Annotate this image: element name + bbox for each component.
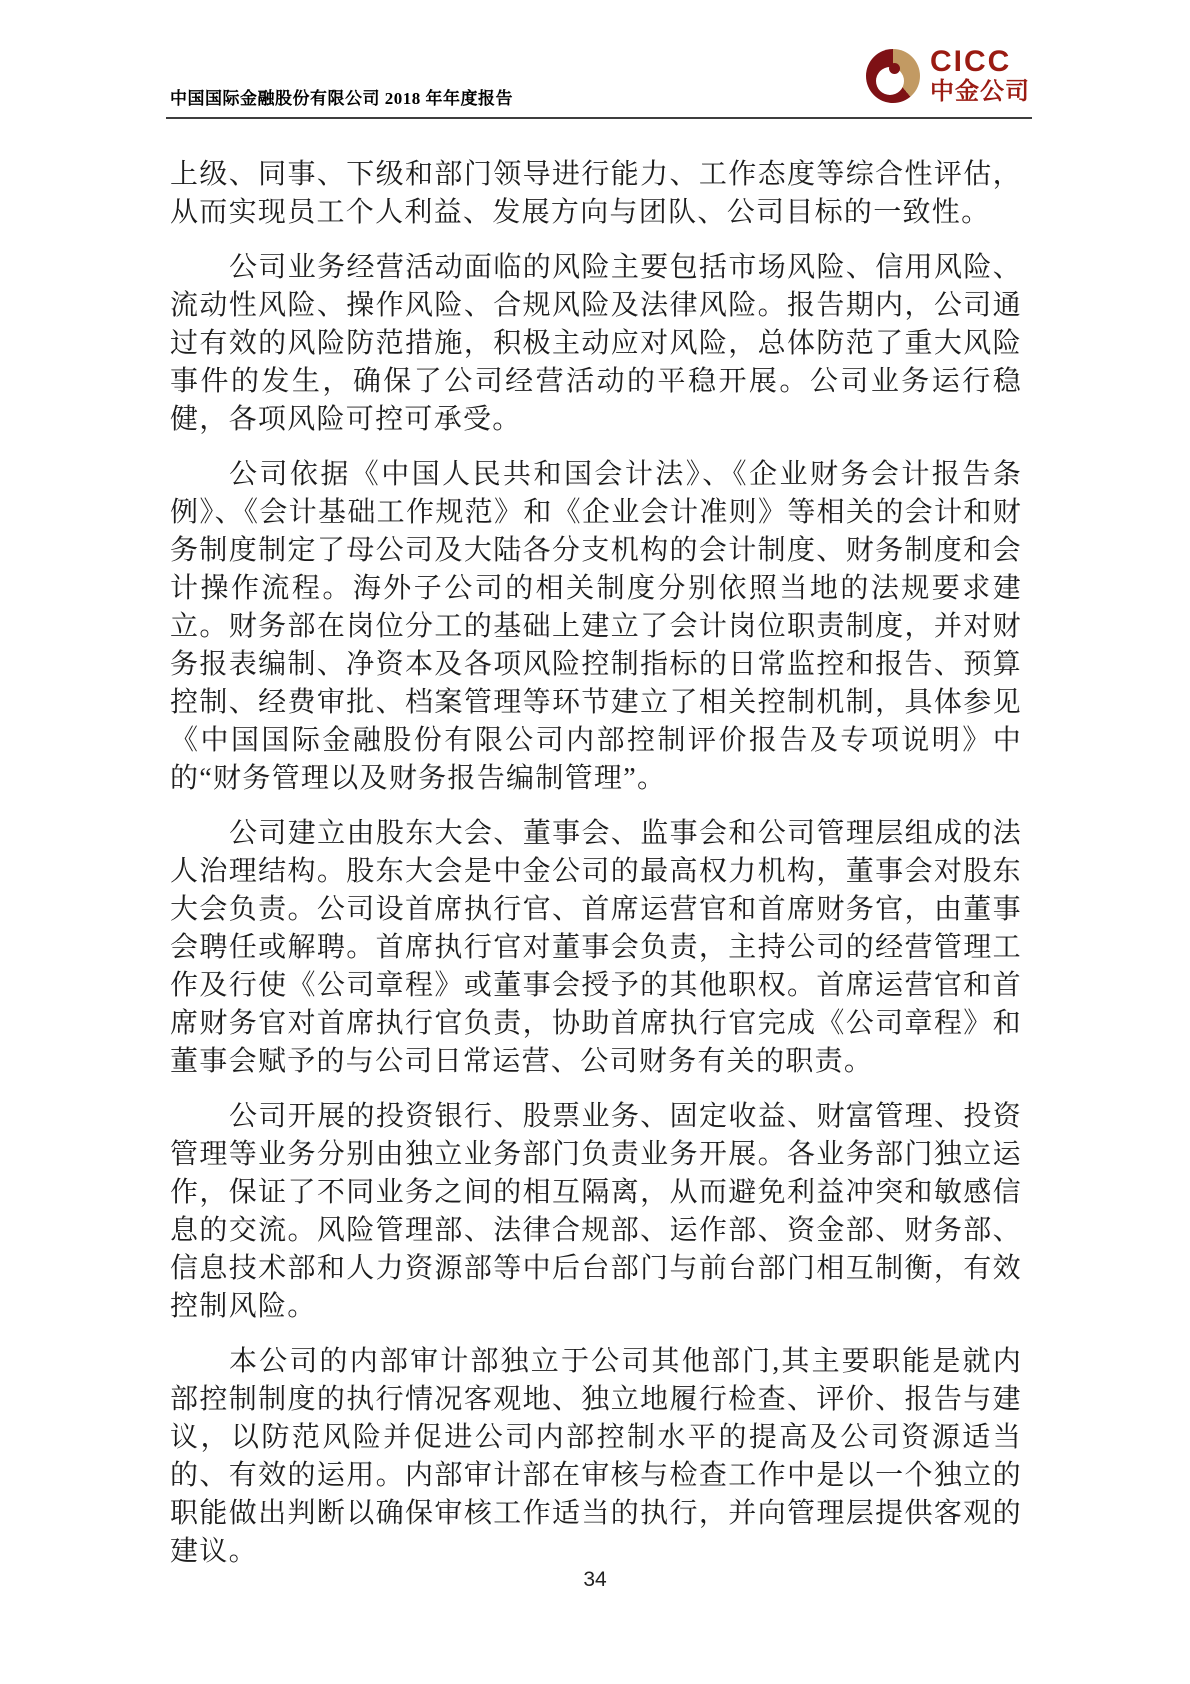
report-page: 中国国际金融股份有限公司 2018 年年度报告 CICC 中金公司 上级、同事、… <box>0 0 1190 1684</box>
page-header: 中国国际金融股份有限公司 2018 年年度报告 CICC 中金公司 <box>170 0 1030 117</box>
paragraph: 公司建立由股东大会、董事会、监事会和公司管理层组成的法人治理结构。股东大会是中金… <box>170 815 1022 1081</box>
paragraph: 公司业务经营活动面临的风险主要包括市场风险、信用风险、流动性风险、操作风险、合规… <box>170 249 1022 439</box>
logo-latin-text: CICC <box>930 47 1030 77</box>
header-divider <box>166 117 1032 119</box>
report-title: 中国国际金融股份有限公司 2018 年年度报告 <box>170 84 513 117</box>
paragraph: 公司开展的投资银行、股票业务、固定收益、财富管理、投资管理等业务分别由独立业务部… <box>170 1098 1022 1326</box>
page-footer: 34 <box>0 1568 1190 1592</box>
cicc-logo: CICC 中金公司 <box>866 47 1030 117</box>
paragraph: 公司依据《中国人民共和国会计法》、《企业财务会计报告条例》、《会计基础工作规范》… <box>170 456 1022 798</box>
cicc-logo-text: CICC 中金公司 <box>930 47 1030 104</box>
logo-chinese-text: 中金公司 <box>930 80 1030 104</box>
paragraph: 上级、同事、下级和部门领导进行能力、工作态度等综合性评估，从而实现员工个人利益、… <box>170 156 1022 232</box>
document-body: 上级、同事、下级和部门领导进行能力、工作态度等综合性评估，从而实现员工个人利益、… <box>170 156 1022 1588</box>
page-number: 34 <box>583 1568 606 1591</box>
paragraph: 本公司的内部审计部独立于公司其他部门,其主要职能是就内部控制制度的执行情况客观地… <box>170 1343 1022 1571</box>
cicc-logo-icon <box>866 49 920 103</box>
